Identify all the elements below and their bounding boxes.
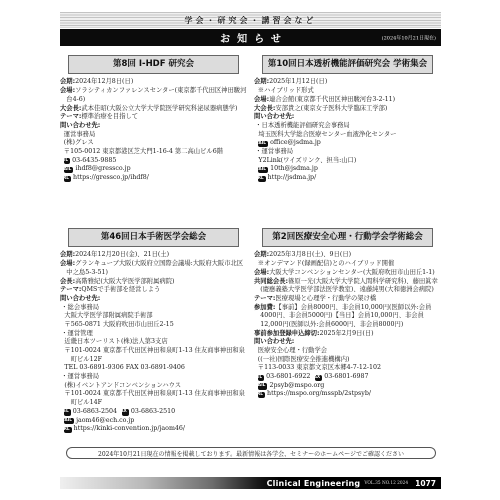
office-detail: 大阪大学医学部附属病院手術部 [60, 312, 247, 321]
phone-number: 03-6435-9885 [72, 157, 116, 164]
field-label: 会期: [60, 78, 75, 85]
fax-number: 03-6801-6987 [324, 373, 368, 380]
as-of-date-note: (2024年10月21日現在) [382, 34, 436, 41]
email-address: ihdf8@gressco.jp [75, 165, 130, 172]
office-name: ・運営事務局 [254, 148, 441, 157]
section-surgical-medicine-congress: 第46回日本手術医学会総会 会期:2024年12月20日(金)、21日(土)会場… [60, 228, 247, 434]
venue: 会場:グランキューブ大阪(大阪府立国際会議場:大阪府大阪市北区中之島5-3-51… [60, 260, 247, 277]
url-badge-icon: URL [258, 392, 265, 398]
website-url: https://gressco.jp/ihdf8/ [73, 174, 149, 181]
company-name: (株)グレス [60, 139, 247, 148]
format-note: ※オンデマンド(録画配信)とのハイブリッド開催 [254, 260, 441, 269]
contact-line: MAIL10th@jsdma.jp [254, 165, 441, 174]
phone-number: 03-6863-2504 [73, 408, 117, 415]
mail-badge-icon: MAIL [64, 418, 74, 424]
event-date: 会期:2024年12月8日(日) [60, 78, 247, 87]
theme: テーマ:標準治療を目指して [60, 113, 247, 122]
field-label: 会場: [60, 260, 75, 267]
theme: テーマ:QMSで手術部を経営しよう [60, 286, 247, 295]
field-label: 問い合わせ先: [60, 122, 100, 129]
event-date: 会期:2024年12月20日(金)、21日(土) [60, 251, 247, 260]
address-line: 〒113-0033 東京都文京区本郷4-7-12-102 [254, 364, 441, 373]
fax-badge-icon: FAX [315, 375, 322, 381]
email-address: office@jsdma.jp [270, 139, 321, 146]
company-name: Y2Link(ワイズリンク、担当:山口) [254, 157, 441, 166]
address-line: 〒565-0871 大阪府吹田市山田丘2-15 [60, 321, 247, 330]
contact-line: TEL03-6863-2504FAX03-6863-2510 [60, 408, 247, 417]
venue: 会場:ソラシティカンファレンスセンター(東京都千代田区神田駿河台4-6) [60, 87, 247, 104]
section-body: 会期:2025年1月12日(日)※ハイブリッド形式会場:連合会館(東京都千代田区… [254, 78, 441, 182]
left-column: 第8回 I-HDF 研究会 会期:2024年12月8日(日)会場:ソラシティカン… [60, 55, 247, 434]
event-date: 会期:2025年1月12日(日) [254, 78, 441, 87]
sections-columns: 第8回 I-HDF 研究会 会期:2024年12月8日(日)会場:ソラシティカン… [60, 55, 441, 434]
theme: テーマ:医療現場と心理学・行動学の架け橋 [254, 295, 441, 304]
url-badge-icon: URL [258, 176, 265, 182]
congress-president: 会長:高階雅紀(大阪大学医学部附属病院) [60, 278, 247, 287]
field-label: 会期: [60, 251, 75, 258]
contact-line: URLhttps://mspo.org/msspb/2stpsyb/ [254, 390, 441, 399]
page-number: 1077 [415, 479, 436, 488]
section-medical-safety-psychology: 第2回医療安全心理・行動学会学術総会 会期:2025年3月8日(土)、9日(日)… [254, 228, 441, 399]
field-label: 会長: [60, 278, 75, 285]
section-body: 会期:2025年3月8日(土)、9日(日)※オンデマンド(録画配信)とのハイブリ… [254, 251, 441, 399]
contact-line: URLhttp://jsdma.jp/ [254, 174, 441, 183]
footnote-text: 2024年10月21日現在の情報を掲載しております。最新情報は各学会、セミナーの… [98, 449, 404, 458]
participation-fee: 参加費:【事前】会員8000円、非会員10,000円(医師以外:会員4000円、… [254, 304, 441, 330]
section-body: 会期:2024年12月20日(金)、21日(土)会場:グランキューブ大阪(大阪府… [60, 251, 247, 433]
contact-line: TEL03-6435-9885 [60, 157, 247, 166]
tel-badge-icon: TEL [64, 158, 70, 164]
office-name: ・運営事務局 [60, 373, 247, 382]
address-line: 〒105-0012 東京都港区芝大門1-16-4 第二高山ビル6階 [60, 148, 247, 157]
field-label: テーマ: [60, 286, 81, 293]
mail-badge-icon: MAIL [258, 383, 268, 389]
field-label: 会期: [254, 251, 269, 258]
field-label: 問い合わせ先: [254, 338, 294, 345]
contact-line: URLhttps://kinki-convention.jp/jaom46/ [60, 425, 247, 434]
section-dialysis-evaluation-meeting: 第10回日本透析機能評価研究会 学術集会 会期:2025年1月12日(日)※ハイ… [254, 55, 441, 228]
co-presidents: 共同総会長:篠原一光(大阪大学大学院人間科学研究科)、藤田眞幸(慶應義塾大学医学… [254, 278, 441, 295]
address-line: 埼玉医科大学総合医療センター血液浄化センター [254, 131, 441, 140]
office-name: ・総会事務局 [60, 304, 247, 313]
field-label: 大会長: [254, 105, 275, 112]
field-label: 会場: [254, 96, 269, 103]
field-label: 参加費: [254, 304, 275, 311]
venue: 会場:連合会館(東京都千代田区神田駿河台3-2-11) [254, 96, 441, 105]
page-content: 学会・研究会・講習会など お知らせ (2024年10月21日現在) 第8回 I-… [60, 12, 441, 434]
website-url: https://mspo.org/msspb/2stpsyb/ [267, 390, 371, 397]
announcement-header-bar: お知らせ (2024年10月21日現在) [60, 29, 441, 46]
footer-bar: Clinical Engineering VOL.35 NO.12 2024 1… [60, 477, 441, 489]
contact-heading: 問い合わせ先: [254, 338, 441, 347]
congress-president: 大会長:武本佳昭(大阪公立大学大学院医学研究科泌尿器病態学) [60, 105, 247, 114]
field-label: 問い合わせ先: [60, 295, 100, 302]
fax-number: 03-6863-2510 [131, 408, 175, 415]
office-name: 運営事務局 [60, 131, 247, 140]
url-badge-icon: URL [64, 427, 71, 433]
section-title: 第2回医療安全心理・行動学会学術総会 [262, 228, 433, 247]
phone-number: 03-6801-6922 [266, 373, 310, 380]
contact-line: URLhttps://gressco.jp/ihdf8/ [60, 174, 247, 183]
website-url: http://jsdma.jp/ [268, 174, 317, 181]
fax-badge-icon: FAX [122, 409, 129, 415]
email-address: 10th@jsdma.jp [270, 165, 318, 172]
contact-heading: 問い合わせ先: [254, 113, 441, 122]
category-band: 学会・研究会・講習会など [60, 12, 441, 28]
contact-line: MAIL2psyb@mspo.org [254, 382, 441, 391]
section-title: 第8回 I-HDF 研究会 [68, 55, 239, 74]
right-column: 第10回日本透析機能評価研究会 学術集会 会期:2025年1月12日(日)※ハイ… [254, 55, 441, 434]
phone-fax-line: TEL 03-6891-9306 FAX 03-6891-9406 [60, 364, 247, 373]
volume-issue-label: VOL.35 NO.12 2024 [364, 481, 408, 486]
address-line: 〒101-0024 東京都千代田区神田和泉町1-13 住友商事神田和泉町ビル14… [60, 390, 247, 407]
format-note: ※ハイブリッド形式 [254, 87, 441, 96]
field-label: 問い合わせ先: [254, 113, 294, 120]
website-url: https://kinki-convention.jp/jaom46/ [74, 425, 185, 432]
email-address: 2psyb@mspo.org [269, 382, 324, 389]
field-label: 大会長: [60, 105, 81, 112]
field-label: テーマ: [60, 113, 81, 120]
field-label: 共同総会長: [254, 278, 288, 285]
office-name: 医療安全心理・行動学会 [254, 347, 441, 356]
contact-heading: 問い合わせ先: [60, 122, 247, 131]
section-title: 第46回日本手術医学会総会 [68, 228, 239, 247]
mail-badge-icon: MAIL [64, 167, 74, 173]
field-label: 会場: [60, 87, 75, 94]
field-label: テーマ: [254, 295, 275, 302]
contact-line: MAILoffice@jsdma.jp [254, 139, 441, 148]
tel-badge-icon: TEL [258, 375, 264, 381]
journal-logo: Clinical Engineering [267, 479, 361, 488]
mail-badge-icon: MAIL [258, 167, 268, 173]
contact-line: TEL03-6801-6922FAX03-6801-6987 [254, 373, 441, 382]
contact-heading: 問い合わせ先: [60, 295, 247, 304]
field-label: 会期: [254, 78, 269, 85]
congress-president: 大会長:安部貴之(東京女子医科大学臨床工学部) [254, 105, 441, 114]
footnote-pill: 2024年10月21日現在の情報を掲載しております。最新情報は各学会、セミナーの… [66, 447, 436, 459]
category-label: 学会・研究会・講習会など [185, 15, 317, 26]
tel-badge-icon: TEL [64, 409, 70, 415]
contact-line: MAILjaom46@ech.co.jp [60, 417, 247, 426]
journal-announcements-page: 学会・研究会・講習会など お知らせ (2024年10月21日現在) 第8回 I-… [0, 0, 500, 500]
field-label: 会場: [254, 269, 269, 276]
email-address: jaom46@ech.co.jp [76, 417, 134, 424]
mail-badge-icon: MAIL [258, 141, 268, 147]
section-body: 会期:2024年12月8日(日)会場:ソラシティカンファレンスセンター(東京都千… [60, 78, 247, 182]
field-label: 事前参加登録申込締切: [254, 330, 320, 337]
event-date: 会期:2025年3月8日(土)、9日(日) [254, 251, 441, 260]
company-name: 近畿日本ツーリスト(株)法人第3支店 [60, 338, 247, 347]
section-title: 第10回日本透析機能評価研究会 学術集会 [262, 55, 433, 74]
contact-line: MAILihdf8@gressco.jp [60, 165, 247, 174]
section-ihdf-workshop: 第8回 I-HDF 研究会 会期:2024年12月8日(日)会場:ソラシティカン… [60, 55, 247, 228]
page-title: お知らせ [213, 30, 288, 45]
venue: 会場:大阪大学コンベンションセンター(大阪府吹田市山田丘1-1) [254, 269, 441, 278]
address-line: 〒101-0024 東京都千代田区神田和泉町1-13 住友商事神田和泉町ビル12… [60, 347, 247, 364]
url-badge-icon: URL [64, 176, 71, 182]
office-name: ・日本透析機能評価研究会事務局 [254, 122, 441, 131]
